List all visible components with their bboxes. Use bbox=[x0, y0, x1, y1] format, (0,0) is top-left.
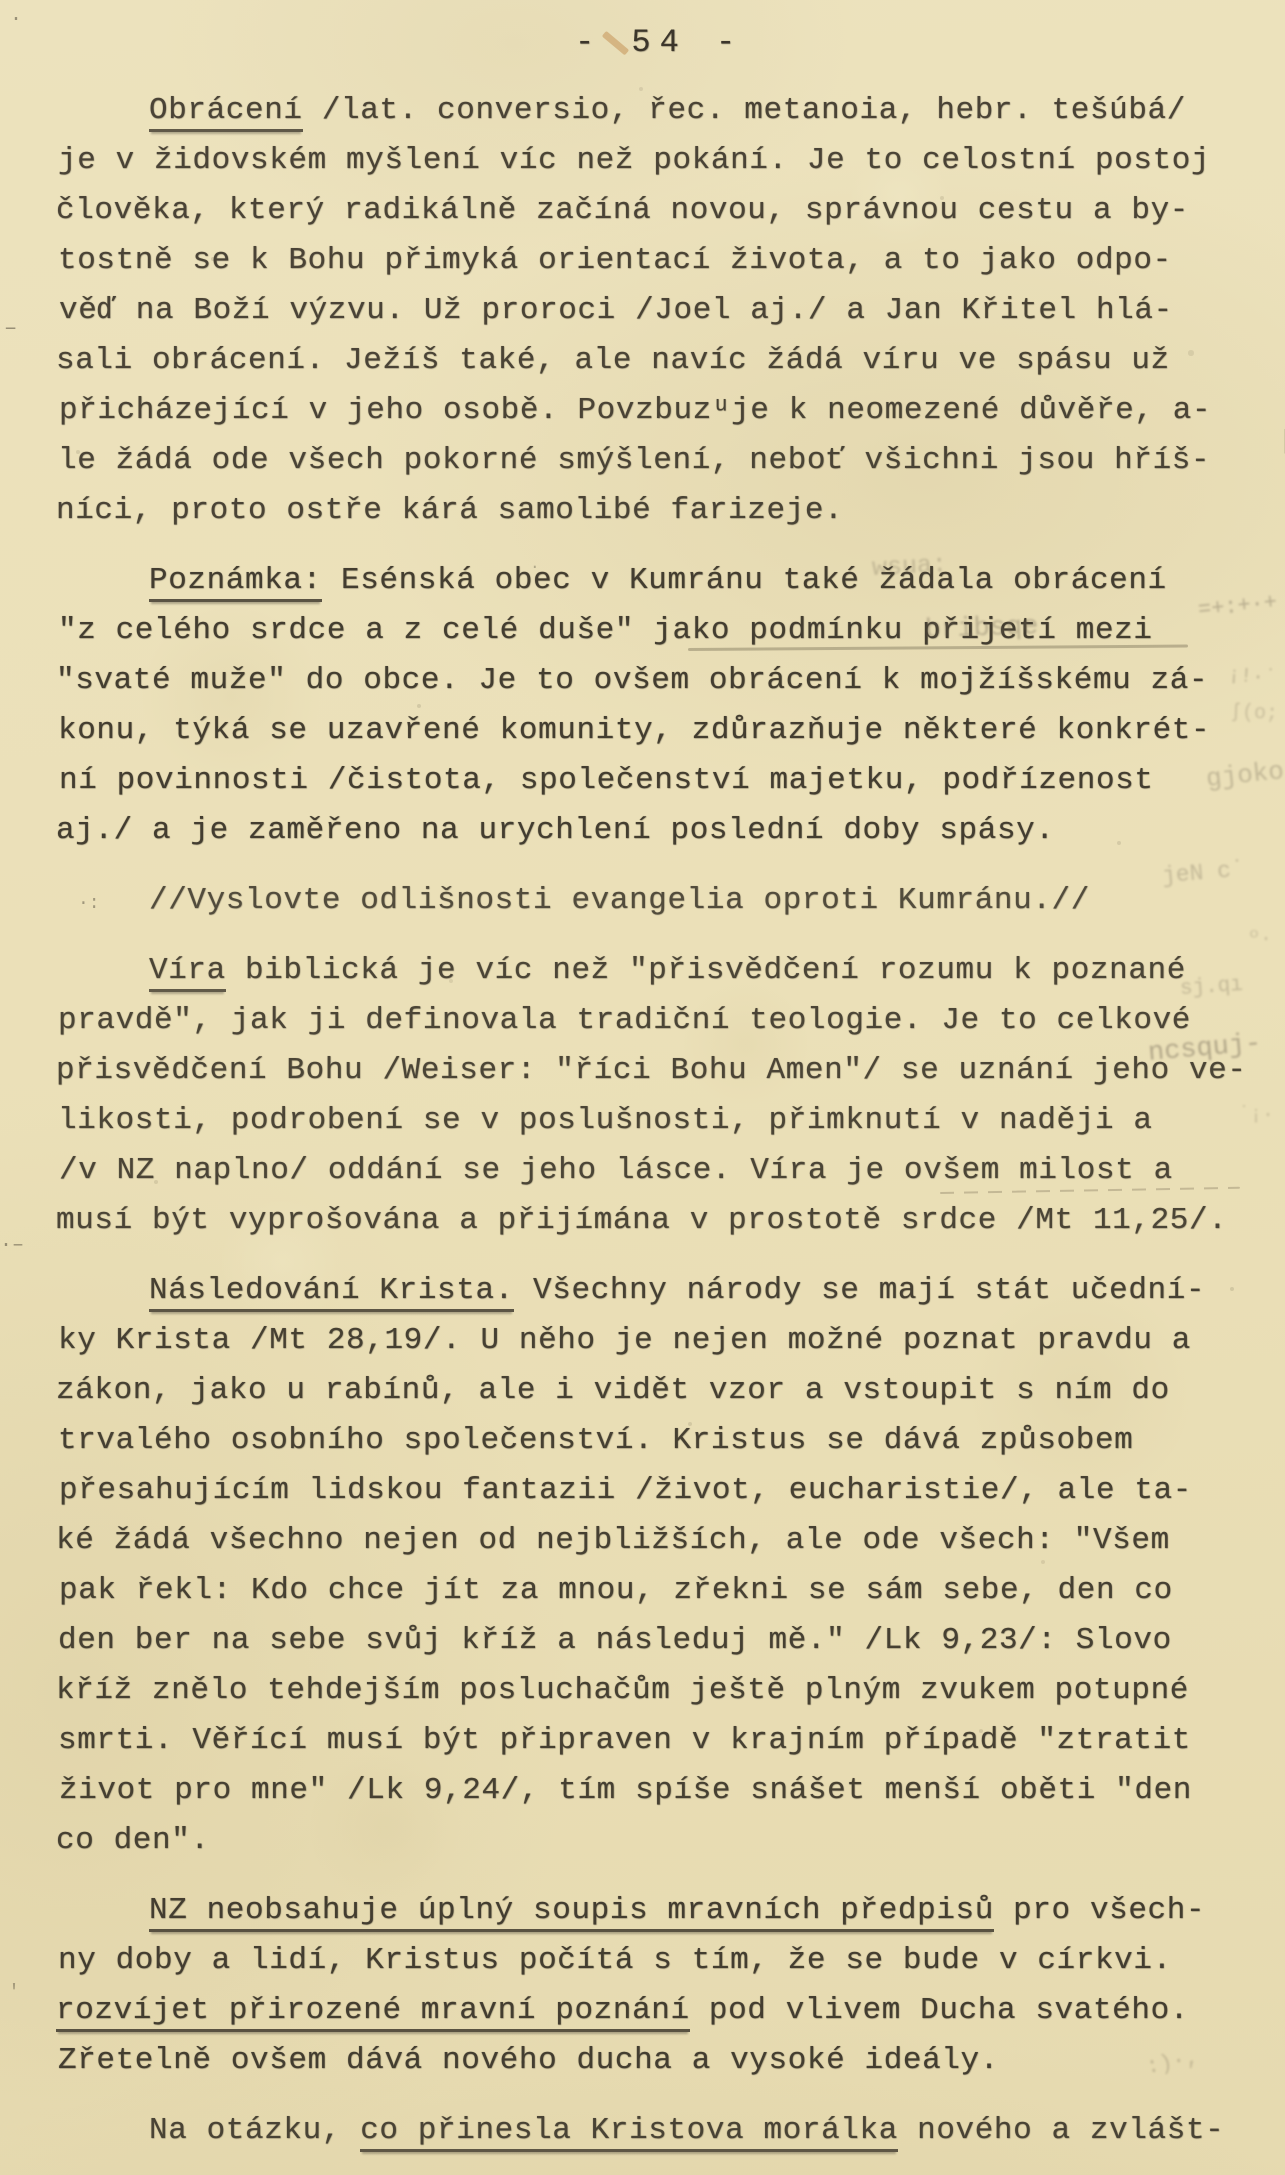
text-line: smrti. Věřící musí být připraven v krajn… bbox=[58, 1716, 1243, 1766]
stray-mark: ' bbox=[8, 1982, 20, 2005]
text-line: Zřetelně ovšem dává nového ducha a vysok… bbox=[58, 2036, 1243, 2086]
paragraph: NZ neobsahuje úplný soupis mravních před… bbox=[58, 1886, 1243, 2086]
text-line: Obrácení /lat. conversio, řec. metanoia,… bbox=[59, 86, 1244, 136]
text-line: níci, proto ostře kárá samolibé farizeje… bbox=[56, 486, 1241, 536]
text-line: NZ neobsahuje úplný soupis mravních před… bbox=[59, 1886, 1244, 1936]
text-segment: přicházející v jeho osobě. Povzbuzᵘje k … bbox=[59, 393, 1211, 428]
text-line: věď na Boží výzvu. Už proroci /Joel aj./… bbox=[59, 286, 1244, 336]
text-segment: Na otázku, bbox=[149, 2113, 360, 2148]
stray-mark: · bbox=[10, 8, 22, 31]
paragraph: Víra biblická je víc než "přisvědčení ro… bbox=[58, 946, 1243, 1246]
text-segment: nového a zvlášt- bbox=[898, 2113, 1224, 2148]
text-segment: trvalého osobního společenství. Kristus … bbox=[58, 1423, 1133, 1458]
text-line: Poznámka: Esénská obec v Kumránu také žá… bbox=[59, 556, 1244, 606]
text-line: ké žádá všechno nejen od nejbližších, al… bbox=[56, 1516, 1241, 1566]
text-segment: je v židovském myšlení víc než pokání. J… bbox=[58, 143, 1210, 178]
text-line: ny doby a lidí, Kristus počítá s tím, že… bbox=[58, 1936, 1243, 1986]
underlined-phrase: NZ neobsahuje úplný soupis mravních před… bbox=[149, 1893, 994, 1932]
text-line: //Vyslovte odlišnosti evangelia oproti K… bbox=[59, 876, 1244, 926]
text-segment: přisvědčení Bohu /Weiser: "říci Bohu Ame… bbox=[56, 1053, 1247, 1088]
text-segment: le žádá ode všech pokorné smýšlení, nebo… bbox=[58, 443, 1210, 478]
text-line: tostně se k Bohu přimyká orientací život… bbox=[58, 236, 1243, 286]
bleedthrough-text: ˙¡· bbox=[1238, 1104, 1274, 1127]
text-segment: Esénská obec v Kumránu také žádala obrác… bbox=[322, 563, 1167, 598]
underlined-phrase: Obrácení bbox=[149, 93, 303, 132]
text-segment: //Vyslovte odlišnosti evangelia oproti K… bbox=[149, 883, 1090, 918]
text-line: likosti, podrobení se v poslušnosti, při… bbox=[58, 1096, 1243, 1146]
text-segment: ní povinnosti /čistota, společenství maj… bbox=[59, 763, 1154, 798]
text-segment: /v NZ naplno/ oddání se jeho lásce. Víra… bbox=[59, 1153, 1173, 1188]
text-segment: člověka, který radikálně začíná novou, s… bbox=[56, 193, 1189, 228]
text-line: pak řekl: Kdo chce jít za mnou, zřekni s… bbox=[59, 1566, 1244, 1616]
text-segment: zákon, jako u rabínů, ale i vidět vzor a… bbox=[56, 1373, 1170, 1408]
text-segment: "svaté muže" do obce. Je to ovšem obráce… bbox=[56, 663, 1208, 698]
text-segment: život pro mne" /Lk 9,24/, tím spíše snáš… bbox=[59, 1773, 1192, 1808]
underlined-phrase: co přinesla Kristova morálka bbox=[360, 2113, 898, 2152]
text-line: člověka, který radikálně začíná novou, s… bbox=[56, 186, 1241, 236]
text-line: ní povinnosti /čistota, společenství maj… bbox=[59, 756, 1244, 806]
text-line: Následování Krista. Všechny národy se ma… bbox=[59, 1266, 1244, 1316]
text-segment: sali obrácení. Ježíš také, ale navíc žád… bbox=[56, 343, 1170, 378]
text-segment: pro všech- bbox=[994, 1893, 1205, 1928]
text-line: "svaté muže" do obce. Je to ovšem obráce… bbox=[56, 656, 1241, 706]
stray-mark: ·– bbox=[0, 1234, 24, 1257]
text-segment: ké žádá všechno nejen od nejbližších, al… bbox=[56, 1523, 1170, 1558]
stray-mark: – bbox=[4, 316, 17, 341]
text-segment: biblická je víc než "přisvědčení rozumu … bbox=[226, 953, 1186, 988]
underlined-phrase: Poznámka: bbox=[149, 563, 322, 602]
text-segment: ky Krista /Mt 28,19/. U něho je nejen mo… bbox=[58, 1323, 1191, 1358]
text-line: pravdě", jak ji definovala tradiční teol… bbox=[58, 996, 1243, 1046]
text-segment: věď na Boží výzvu. Už proroci /Joel aj./… bbox=[59, 293, 1173, 328]
text-segment: Zřetelně ovšem dává nového ducha a vysok… bbox=[58, 2043, 999, 2078]
text-segment: musí být vyprošována a přijímána v prost… bbox=[56, 1203, 1227, 1238]
text-segment: aj./ a je zaměřeno na urychlení poslední… bbox=[56, 813, 1055, 848]
text-segment: smrti. Věřící musí být připraven v krajn… bbox=[58, 1723, 1191, 1758]
text-line: den ber na sebe svůj kříž a následuj mě.… bbox=[58, 1616, 1243, 1666]
text-segment: níci, proto ostře kárá samolibé farizeje… bbox=[56, 493, 843, 528]
text-line: rozvíjet přirozené mravní poznání pod vl… bbox=[56, 1986, 1241, 2036]
text-line: Víra biblická je víc než "přisvědčení ro… bbox=[59, 946, 1244, 996]
text-line: ky Krista /Mt 28,19/. U něho je nejen mo… bbox=[58, 1316, 1243, 1366]
text-segment: likosti, podrobení se v poslušnosti, při… bbox=[58, 1103, 1153, 1138]
text-line: konu, týká se uzavřené komunity, zdůrazň… bbox=[58, 706, 1243, 756]
text-segment: den ber na sebe svůj kříž a následuj mě.… bbox=[58, 1623, 1172, 1658]
text-segment: pod vlivem Ducha svatého. bbox=[690, 1993, 1189, 2028]
bleedthrough-text: º· bbox=[1248, 928, 1272, 951]
text-line: přisvědčení Bohu /Weiser: "říci Bohu Ame… bbox=[56, 1046, 1241, 1096]
paragraph: //Vyslovte odlišnosti evangelia oproti K… bbox=[58, 876, 1243, 926]
text-line: "z celého srdce a z celé duše" jako podm… bbox=[58, 606, 1243, 656]
text-line: zákon, jako u rabínů, ale i vidět vzor a… bbox=[56, 1366, 1241, 1416]
scanned-typewritten-page: - 54 - Obrácení /lat. conversio, řec. me… bbox=[0, 0, 1285, 2175]
text-line: musí být vyprošována a přijímána v prost… bbox=[56, 1196, 1241, 1246]
stray-mark: | bbox=[1278, 426, 1285, 456]
text-segment: ny doby a lidí, Kristus počítá s tím, že… bbox=[58, 1943, 1172, 1978]
text-line: /v NZ naplno/ oddání se jeho lásce. Víra… bbox=[59, 1146, 1244, 1196]
text-segment: co den". bbox=[56, 1823, 210, 1858]
text-line: co den". bbox=[56, 1816, 1241, 1866]
text-segment: pravdě", jak ji definovala tradiční teol… bbox=[58, 1003, 1191, 1038]
paragraph: Na otázku, co přinesla Kristova morálka … bbox=[58, 2106, 1243, 2156]
text-line: Na otázku, co přinesla Kristova morálka … bbox=[59, 2106, 1244, 2156]
text-line: přicházející v jeho osobě. Povzbuzᵘje k … bbox=[59, 386, 1244, 436]
page-number: - 54 - bbox=[575, 24, 744, 61]
text-line: aj./ a je zaměřeno na urychlení poslední… bbox=[56, 806, 1241, 856]
underlined-phrase: Víra bbox=[149, 953, 226, 992]
paragraph: Poznámka: Esénská obec v Kumránu také žá… bbox=[58, 556, 1243, 856]
paragraph: Následování Krista. Všechny národy se ma… bbox=[58, 1266, 1243, 1866]
text-line: je v židovském myšlení víc než pokání. J… bbox=[58, 136, 1243, 186]
underlined-phrase: Následování Krista. bbox=[149, 1273, 514, 1312]
underlined-phrase: rozvíjet přirozené mravní poznání bbox=[56, 1993, 690, 2032]
text-segment: Všechny národy se mají stát učední- bbox=[514, 1273, 1205, 1308]
text-line: sali obrácení. Ježíš také, ale navíc žád… bbox=[56, 336, 1241, 386]
text-line: kříž znělo tehdejším posluchačům ještě p… bbox=[56, 1666, 1241, 1716]
text-segment: pak řekl: Kdo chce jít za mnou, zřekni s… bbox=[59, 1573, 1173, 1608]
text-line: život pro mne" /Lk 9,24/, tím spíše snáš… bbox=[59, 1766, 1244, 1816]
text-segment: "z celého srdce a z celé duše" jako podm… bbox=[58, 613, 1153, 648]
text-line: trvalého osobního společenství. Kristus … bbox=[58, 1416, 1243, 1466]
text-segment: /lat. conversio, řec. metanoia, hebr. te… bbox=[303, 93, 1186, 128]
paragraph: Obrácení /lat. conversio, řec. metanoia,… bbox=[58, 86, 1243, 536]
paper-speckles bbox=[0, 0, 2, 2]
typewritten-text-block: Obrácení /lat. conversio, řec. metanoia,… bbox=[58, 86, 1243, 2156]
text-line: přesahujícím lidskou fantazii /život, eu… bbox=[59, 1466, 1244, 1516]
text-segment: kříž znělo tehdejším posluchačům ještě p… bbox=[56, 1673, 1189, 1708]
text-segment: konu, týká se uzavřené komunity, zdůrazň… bbox=[58, 713, 1210, 748]
text-segment: tostně se k Bohu přimyká orientací život… bbox=[58, 243, 1172, 278]
text-line: le žádá ode všech pokorné smýšlení, nebo… bbox=[58, 436, 1243, 486]
text-segment: přesahujícím lidskou fantazii /život, eu… bbox=[59, 1473, 1192, 1508]
